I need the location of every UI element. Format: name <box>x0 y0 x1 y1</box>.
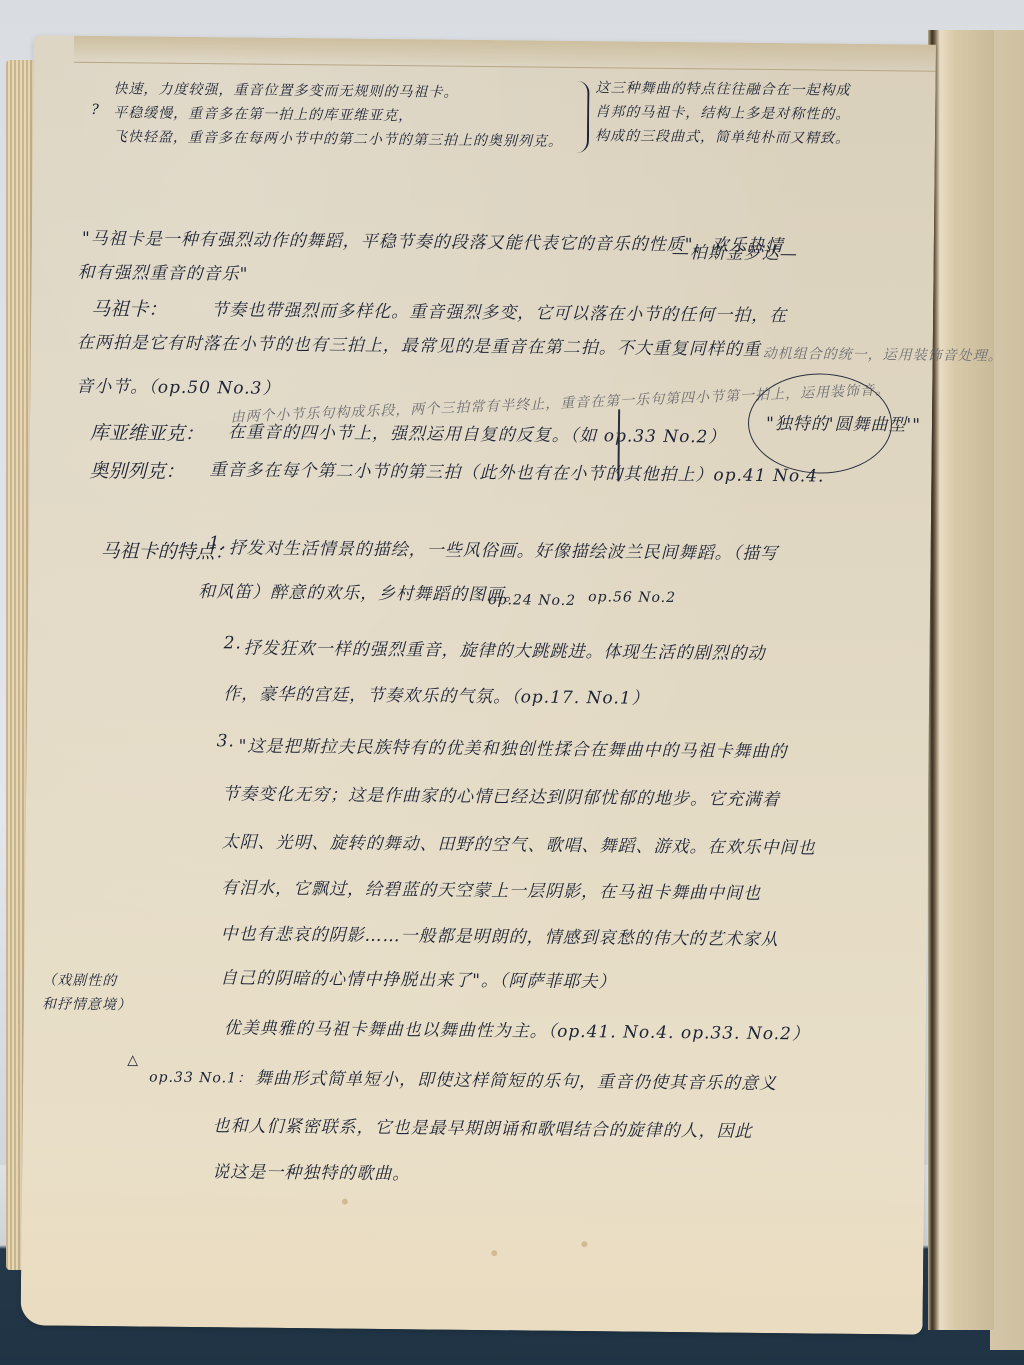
top-note-line-2: 平稳缓慢，重音多在第一拍上的库亚维亚克， <box>113 102 413 125</box>
item-2-line-2: 作，豪华的宫廷，节奏欢乐的气氛。（op.17. No.1） <box>223 679 650 708</box>
top-note-line-1: 快速，力度较强，重音位置多变而无规则的马祖卡。 <box>113 78 458 102</box>
final-note-line-2: 也和人们紧密联系，它也是最早期朗诵和歌唱结合的旋律的人，因此 <box>213 1111 753 1142</box>
mazurka-line-3: 音小节。（op.50 No.3） <box>76 372 280 399</box>
summary-line: 优美典雅的马祖卡舞曲也以舞曲性为主。（op.41. No.4. op.33. N… <box>224 1013 811 1044</box>
paper-stain <box>581 1241 587 1247</box>
brace-note-line-3: 构成的三段曲式，简单纯朴而又精致。 <box>595 125 850 148</box>
item-3-line-1: "这是把斯拉夫民族特有的优美和独创性揉合在舞曲中的马祖卡舞曲的 <box>238 731 787 762</box>
side-note-line-1: （戏剧性的 <box>42 969 117 990</box>
item-2-line-1: 抒发狂欢一样的强烈重音，旋律的大跳跳进。体现生活的剧烈的动 <box>244 634 766 664</box>
triangle-mark: △ <box>127 1052 139 1068</box>
kujawiak-label: 库亚维亚克： <box>90 418 204 446</box>
item-1-ref-1: op.24 No.2 <box>488 592 576 609</box>
item-3-line-5: 中也有悲哀的阴影……一般都是明朗的，情感到哀愁的伟大的艺术家从 <box>221 919 779 950</box>
oberek-line-1: 重音多在每个第二小节的第三拍（此外也有在小节的其他拍上）op.41 No.4. <box>209 455 824 486</box>
paper-stain <box>491 1250 497 1256</box>
final-note-line-3: 说这是一种独特的歌曲。 <box>212 1157 410 1184</box>
quote-line-2: 和有强烈重音的音乐" <box>77 258 248 285</box>
book-spine <box>928 30 994 1330</box>
kujawiak-line-1: 在重音的四小节上，强烈运用自复的反复。（如 op.33 No.2） <box>228 417 727 447</box>
final-note-line-1: 舞曲形式简单短小，即使这样简短的乐句，重音仍使其音乐的意义 <box>255 1064 777 1094</box>
item-3-line-6: 自己的阴暗的心情中挣脱出来了"。（阿萨菲耶夫） <box>220 963 617 992</box>
item-1-line-1: 抒发对生活情景的描绘，一些风俗画。好像描绘波兰民间舞蹈。（描写 <box>229 533 779 564</box>
brace-bracket <box>573 81 590 153</box>
margin-question-mark: ? <box>91 102 100 118</box>
item-3-number: 3. <box>217 731 235 751</box>
item-2-number: 2. <box>224 633 242 653</box>
circled-pencil-note: 动机组合的统一，运用装饰音处理。 <box>763 343 1003 366</box>
paper-stain <box>342 1199 348 1205</box>
side-note-line-2: 和抒情意境） <box>42 993 132 1014</box>
quote-attribution: —柏斯金罗达— <box>672 238 798 264</box>
item-1-number: 1. <box>209 533 227 553</box>
item-3-line-2: 节奏变化无穷；这是作曲家的心情已经达到阴郁忧郁的地步。它充满着 <box>222 779 780 810</box>
brace-note-line-2: 肖邦的马祖卡，结构上多是对称性的。 <box>595 101 850 124</box>
final-note-label: op.33 No.1： <box>149 1067 252 1088</box>
oberek-label: 奥别列克： <box>89 456 184 484</box>
mazurka-label: 马祖卡： <box>91 294 167 322</box>
mazurka-line-1: 节奏也带强烈而多样化。重音强烈多变，它可以落在小节的任何一拍，在 <box>211 295 787 326</box>
notebook-page: 快速，力度较强，重音位置多变而无规则的马祖卡。 ? 平稳缓慢，重音多在第一拍上的… <box>21 35 936 1334</box>
circled-annotation-text: "独特的'圆舞曲型'" <box>766 409 921 436</box>
item-3-line-4: 有泪水，它飘过，给碧蓝的天空蒙上一层阴影，在马祖卡舞曲中间也 <box>221 873 761 904</box>
brace-note-line-1: 这三种舞曲的特点往往融合在一起构成 <box>595 77 850 100</box>
top-note-line-3: 飞快轻盈，重音多在每两小节中的第二小节的第三拍上的奥别列克。 <box>113 126 563 151</box>
item-1-ref-2: op.56 No.2 <box>588 589 676 606</box>
item-3-line-3: 太阳、光明、旋转的舞动、田野的空气、歌唱、舞蹈、游戏。在欢乐中间也 <box>221 827 815 858</box>
book-right-page <box>990 30 1024 1350</box>
mazurka-line-2: 在两拍是它有时落在小节的也有三拍上，最常见的是重音在第二拍。不大重复同样的重 <box>77 328 761 360</box>
item-1-line-2: 和风笛）醉意的欢乐，乡村舞蹈的图画。 <box>198 577 522 605</box>
